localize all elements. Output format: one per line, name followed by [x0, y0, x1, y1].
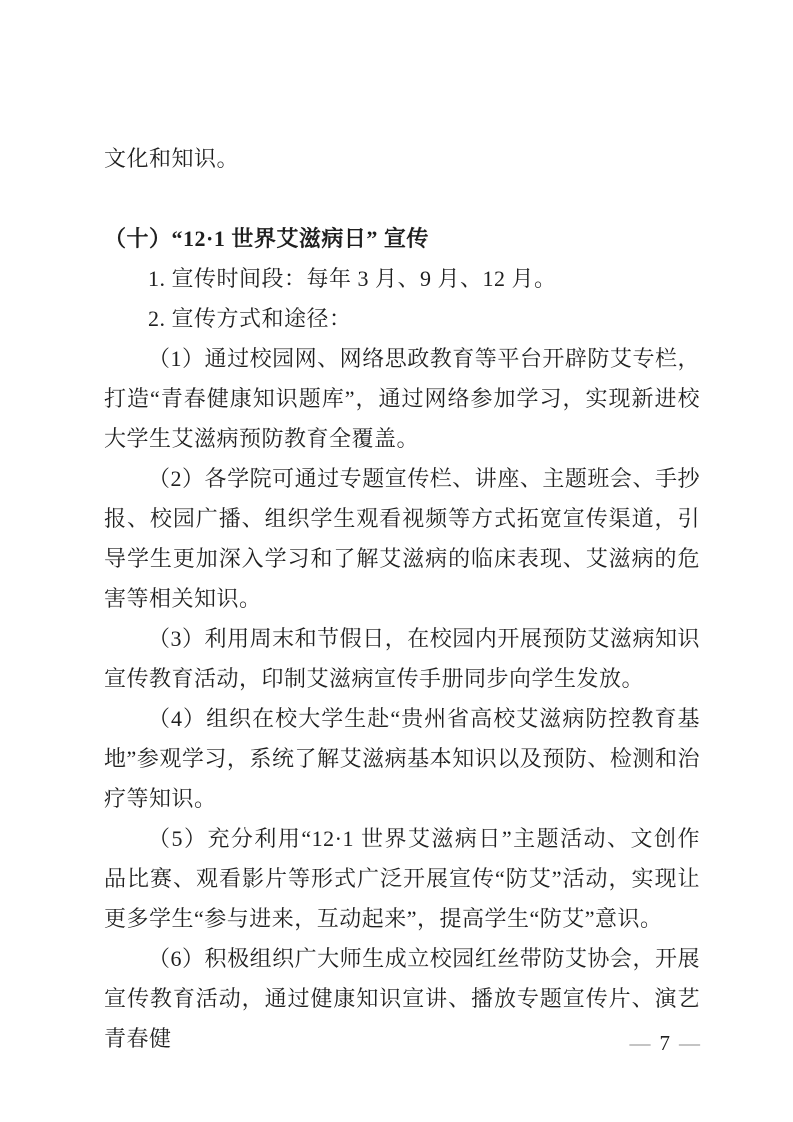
document-body: 文化和知识。 （十）“12·1 世界艾滋病日” 宣传 1. 宣传时间段：每年 3…	[104, 139, 700, 1059]
page-number: —7—	[104, 1028, 700, 1058]
paragraph-sub-3: （3）利用周末和节假日，在校园内开展预防艾滋病知识宣传教育活动，印制艾滋病宣传手…	[104, 619, 700, 699]
page-number-value: 7	[660, 1031, 671, 1055]
paragraph-sub-2: （2）各学院可通过专题宣传栏、讲座、主题班会、手抄报、校园广播、组织学生观看视频…	[104, 459, 700, 619]
page-number-dash-left: —	[630, 1031, 651, 1055]
paragraph-sub-1: （1）通过校园网、网络思政教育等平台开辟防艾专栏，打造“青春健康知识题库”，通过…	[104, 339, 700, 459]
paragraph-intro-tail: 文化和知识。	[104, 139, 700, 179]
paragraph-item-1: 1. 宣传时间段：每年 3 月、9 月、12 月。	[104, 259, 700, 299]
paragraph-item-2: 2. 宣传方式和途径：	[104, 299, 700, 339]
paragraph-sub-5: （5）充分利用“12·1 世界艾滋病日”主题活动、文创作品比赛、观看影片等形式广…	[104, 819, 700, 939]
document-page: 文化和知识。 （十）“12·1 世界艾滋病日” 宣传 1. 宣传时间段：每年 3…	[0, 0, 793, 1122]
paragraph-sub-4: （4）组织在校大学生赴“贵州省高校艾滋病防控教育基地”参观学习，系统了解艾滋病基…	[104, 699, 700, 819]
page-number-dash-right: —	[679, 1031, 700, 1055]
section-heading: （十）“12·1 世界艾滋病日” 宣传	[104, 219, 700, 259]
